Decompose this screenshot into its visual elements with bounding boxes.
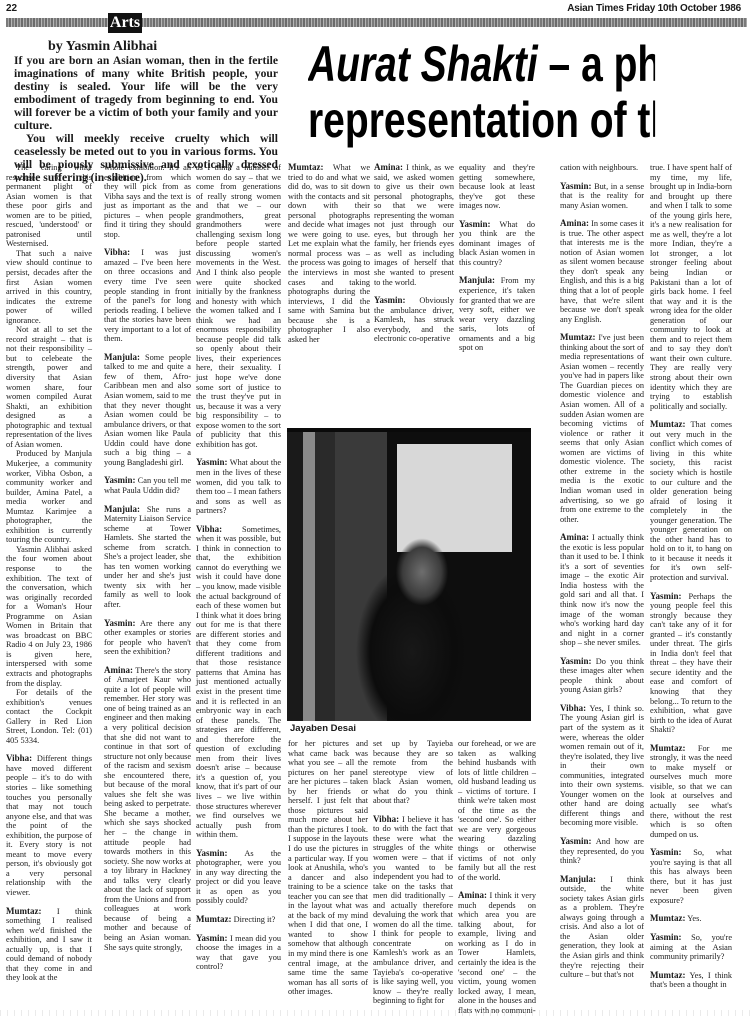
article-paragraph: Not at all to set the record straight – …: [6, 325, 92, 449]
paragraph-text: I think something I realised when we'd f…: [6, 907, 92, 983]
article-paragraph: cation with neighbours.: [560, 163, 644, 173]
article-paragraph: The 'caring' white response to this perm…: [6, 163, 92, 249]
article-paragraph: Yasmin: I mean did you choose the images…: [196, 934, 281, 972]
article-paragraph: Vibha: Yes, I think so. The young Asian …: [560, 704, 644, 828]
section-tag: Arts: [108, 13, 142, 33]
speaker-name: Mumtaz:: [6, 906, 42, 916]
article-paragraph: Mumtaz: That comes out very much in the …: [650, 420, 732, 582]
paragraph-text: for her pictures and what came back was …: [288, 739, 368, 996]
article-paragraph: Yasmin: Are there any other examples or …: [104, 619, 191, 657]
article-paragraph: Yasmin: Perhaps the young people feel th…: [650, 592, 732, 735]
speaker-name: Yasmin:: [650, 932, 682, 942]
paragraph-text: whole exhibition. It's an exhibition fro…: [104, 163, 191, 239]
article-paragraph: Yasmin: As the photographer, were you in…: [196, 849, 281, 906]
photo-caption: Jayaben Desai: [290, 723, 356, 734]
article-paragraph: For details of the exhibition's venues c…: [6, 688, 92, 745]
speaker-name: Yasmin:: [196, 933, 228, 943]
paragraph-text: Produced by Manjula Mukerjee, a communit…: [6, 449, 92, 544]
paragraph-text: For me strongly, it was the need to make…: [650, 744, 732, 839]
article-paragraph: Mumtaz: Yes.: [650, 914, 732, 924]
speaker-name: Yasmin:: [560, 656, 592, 666]
article-paragraph: Amina: I actually think the exotic is le…: [560, 533, 644, 648]
article-paragraph: Yasmin: And how are they represented, do…: [560, 837, 644, 866]
article-paragraph: equality and they're getting somewhere, …: [459, 163, 535, 211]
speaker-name: Mumtaz:: [288, 162, 324, 172]
speaker-name: Amina:: [458, 890, 487, 900]
speaker-name: Amina:: [560, 532, 589, 542]
speaker-name: Yasmin:: [650, 591, 682, 601]
article-paragraph: whole exhibition. It's an exhibition fro…: [104, 163, 191, 239]
article-paragraph: Amina: There's the story of Amarjeet Kau…: [104, 666, 191, 952]
column-4-top: Mumtaz: What we tried to do and what we …: [288, 163, 370, 344]
article-paragraph: set up by Tayieba because they are so re…: [373, 739, 453, 806]
photo-jayaben-desai: [287, 428, 531, 721]
article-paragraph: Produced by Manjula Mukerjee, a communit…: [6, 449, 92, 544]
article-paragraph: for her pictures and what came back was …: [288, 739, 368, 997]
masthead-date: Asian Times Friday 10th October 1986: [567, 3, 741, 14]
article-paragraph: Yasmin: Obviously the ambulance driver, …: [374, 296, 454, 344]
paragraph-text: What we tried to do and what we did do, …: [288, 163, 370, 344]
paragraph-text: I actually think the exotic is less popu…: [560, 533, 644, 647]
speaker-name: Manjula:: [560, 874, 596, 884]
speaker-name: Mumtaz:: [650, 913, 686, 923]
paragraph-text: Directing it?: [232, 915, 276, 924]
speaker-name: Mumtaz:: [196, 914, 232, 924]
column-7: cation with neighbours.Yasmin: But, in a…: [560, 163, 644, 980]
paragraph-text: I think it very much depends on which ar…: [458, 891, 536, 1015]
speaker-name: Mumtaz:: [650, 743, 686, 753]
footer-rule: [0, 1010, 753, 1016]
paragraph-text: From my experience, it's taken for grant…: [459, 276, 535, 352]
headline: Aurat Shakti – a ph representation of th: [308, 36, 655, 148]
paragraph-text: That comes out very much in the conflict…: [650, 420, 732, 582]
article-paragraph: Vibha: Different things have moved diffe…: [6, 754, 92, 897]
article-paragraph: Yasmin: So, you're aiming at the Asian c…: [650, 933, 732, 962]
lede-paragraph: If you are born an Asian woman, then in …: [14, 54, 278, 132]
speaker-name: Vibha:: [6, 753, 32, 763]
article-paragraph: Manjula: From my experience, it's taken …: [459, 276, 535, 352]
speaker-name: Manjula:: [104, 504, 140, 514]
article-paragraph: true. I have spent half of my time, my l…: [650, 163, 732, 411]
column-1: The 'caring' white response to this perm…: [6, 163, 92, 983]
paragraph-text: I think outside, the white society takes…: [560, 875, 644, 979]
paragraph-text: Not at all to set the record straight – …: [6, 325, 92, 449]
paragraph-text: true. I have spent half of my time, my l…: [650, 163, 732, 411]
speaker-name: Yasmin:: [196, 848, 228, 858]
paragraph-text: Yes, I think so. The young Asian girl is…: [560, 704, 644, 828]
paragraph-text: For details of the exhibition's venues c…: [6, 688, 92, 745]
speaker-name: Yasmin:: [650, 847, 682, 857]
paragraph-text: I was just amazed – I've been here on th…: [104, 248, 191, 343]
speaker-name: Vibha:: [196, 524, 222, 534]
article-paragraph: our forehead, or we are taken as walking…: [458, 739, 536, 882]
speaker-name: Yasmin:: [560, 836, 592, 846]
paragraph-text: I think, as we said, we asked women to g…: [374, 163, 454, 287]
column-3: as I think a number of women do say – th…: [196, 163, 281, 972]
paragraph-text: as I think a number of women do say – th…: [196, 163, 281, 449]
speaker-name: Manjula:: [459, 275, 495, 285]
article-paragraph: Yasmin Alibhai asked the four women abou…: [6, 545, 92, 688]
article-paragraph: Amina: In some cases it is true. The oth…: [560, 219, 644, 324]
speaker-name: Vibha:: [560, 703, 586, 713]
byline: by Yasmin Alibhai: [48, 39, 157, 55]
article-paragraph: Yasmin: But, in a sense that is the real…: [560, 182, 644, 211]
paragraph-text: That such a naive view should continue t…: [6, 249, 92, 325]
speaker-name: Mumtaz:: [560, 332, 596, 342]
article-paragraph: Vibha: I believe it has to do with the f…: [373, 815, 453, 1006]
paragraph-text: our forehead, or we are taken as walking…: [458, 739, 536, 882]
article-paragraph: Amina: I think, as we said, we asked wom…: [374, 163, 454, 287]
column-6-top: equality and they're getting somewhere, …: [459, 163, 535, 353]
headline-subtitle: – a ph: [538, 36, 655, 92]
article-paragraph: Yasmin: What do you think are the domina…: [459, 220, 535, 268]
speaker-name: Amina:: [104, 665, 133, 675]
paragraph-text: Yasmin Alibhai asked the four women abou…: [6, 545, 92, 688]
article-paragraph: Mumtaz: I've just been thinking about th…: [560, 333, 644, 524]
paragraph-text: cation with neighbours.: [560, 163, 638, 172]
column-8: true. I have spent half of my time, my l…: [650, 163, 732, 990]
paragraph-text: equality and they're getting somewhere, …: [459, 163, 535, 210]
article-paragraph: Manjula: She runs a Maternity Liaison Se…: [104, 505, 191, 610]
speaker-name: Manjula:: [104, 352, 140, 362]
column-2: whole exhibition. It's an exhibition fro…: [104, 163, 191, 952]
speaker-name: Yasmin:: [196, 457, 228, 467]
article-paragraph: That such a naive view should continue t…: [6, 249, 92, 325]
article-paragraph: as I think a number of women do say – th…: [196, 163, 281, 449]
paragraph-text: set up by Tayieba because they are so re…: [373, 739, 453, 805]
headline-title: Aurat Shakti: [308, 36, 538, 92]
article-paragraph: Manjula: Some people talked to me and qu…: [104, 353, 191, 468]
paragraph-text: I believe it has to do with the fact tha…: [373, 815, 453, 1005]
article-paragraph: Mumtaz: I think something I realised whe…: [6, 907, 92, 983]
article-paragraph: Mumtaz: For me strongly, it was the need…: [650, 744, 732, 839]
article-paragraph: Mumtaz: Yes, I think that's been a thoug…: [650, 971, 732, 990]
headline-line-2: representation of th: [308, 92, 655, 148]
column-5-bottom: set up by Tayieba because they are so re…: [373, 739, 453, 1006]
article-paragraph: Vibha: I was just amazed – I've been her…: [104, 248, 191, 343]
article-paragraph: Yasmin: Do you think these images alter …: [560, 657, 644, 695]
speaker-name: Yasmin:: [374, 295, 406, 305]
paragraph-text: Some people talked to me and quite a few…: [104, 353, 191, 467]
article-paragraph: Mumtaz: What we tried to do and what we …: [288, 163, 370, 344]
speaker-name: Vibha:: [373, 814, 399, 824]
article-paragraph: Yasmin: What about the men in the lives …: [196, 458, 281, 515]
paragraph-text: Yes.: [686, 914, 702, 923]
column-4-bottom: for her pictures and what came back was …: [288, 739, 368, 997]
paragraph-text: There's the story of Amarjeet Kaur who q…: [104, 666, 191, 952]
article-paragraph: Yasmin: Can you tell me what Paula Uddin…: [104, 476, 191, 495]
paragraph-text: In some cases it is true. The other aspe…: [560, 219, 644, 323]
paragraph-text: I've just been thinking about the sort o…: [560, 333, 644, 523]
article-paragraph: Amina: I think it very much depends on w…: [458, 891, 536, 1015]
article-paragraph: Yasmin: So, what you're saying is that a…: [650, 848, 732, 905]
paragraph-text: Perhaps the young people feel this stron…: [650, 592, 732, 735]
paragraph-text: The 'caring' white response to this perm…: [6, 163, 92, 248]
column-6-bottom: our forehead, or we are taken as walking…: [458, 739, 536, 1015]
article-paragraph: Manjula: I think outside, the white soci…: [560, 875, 644, 980]
speaker-name: Yasmin:: [459, 219, 491, 229]
article-paragraph: Vibha: Sometimes, when it was possible, …: [196, 525, 281, 840]
speaker-name: Amina:: [560, 218, 589, 228]
speaker-name: Yasmin:: [104, 618, 136, 628]
speaker-name: Mumtaz:: [650, 970, 686, 980]
paragraph-text: Different things have moved different pe…: [6, 754, 92, 897]
speaker-name: Yasmin:: [560, 181, 592, 191]
speaker-name: Yasmin:: [104, 475, 136, 485]
column-5-top: Amina: I think, as we said, we asked wom…: [374, 163, 454, 344]
paragraph-text: Sometimes, when it was possible, but I t…: [196, 525, 281, 840]
speaker-name: Amina:: [374, 162, 403, 172]
article-paragraph: Mumtaz: Directing it?: [196, 915, 281, 925]
speaker-name: Vibha:: [104, 247, 130, 257]
paragraph-text: She runs a Maternity Liaison Service sch…: [104, 505, 191, 609]
speaker-name: Mumtaz:: [650, 419, 686, 429]
page-number: 22: [6, 3, 17, 14]
